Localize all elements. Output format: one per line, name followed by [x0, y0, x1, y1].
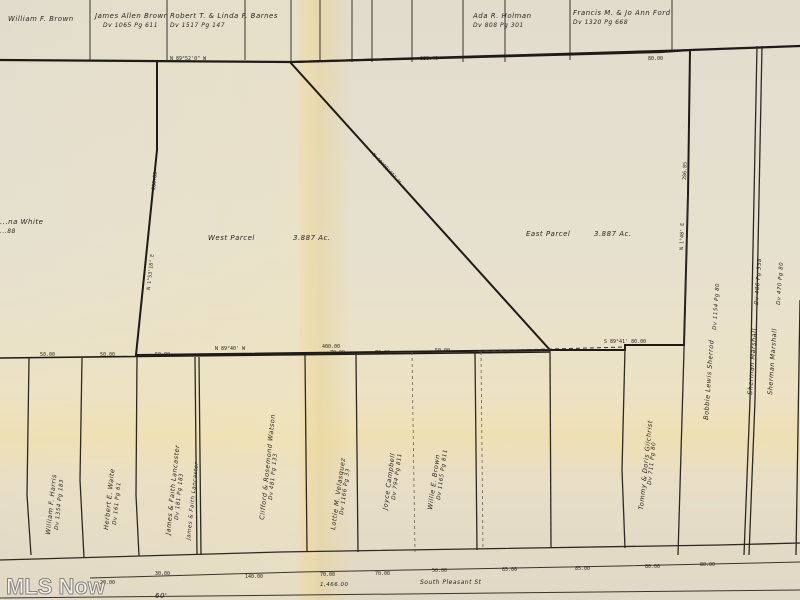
plat-labels: William F. Brown James Allen Brown Dv 10…: [0, 0, 800, 600]
deed-reference: Dv 486 Pg 358: [754, 258, 763, 305]
deed-reference: Dv 1517 Pg 147: [170, 22, 225, 29]
bearing-label: N 89°40' W: [215, 346, 246, 352]
owner-label: ...na White: [0, 218, 43, 226]
street-width: 60': [155, 592, 167, 600]
east-parcel-label: East Parcel: [526, 230, 570, 238]
lot-dimension: 50.00: [40, 352, 55, 358]
bearing-label: N 89°52'0" W: [170, 56, 207, 62]
street-name: South Pleasant St: [420, 579, 482, 586]
owner-label: Bobbie Lewis Sherrod: [702, 339, 716, 420]
frontage-dimension: 140.00: [245, 574, 263, 580]
deed-reference: Dv 1320 Pg 668: [573, 19, 628, 26]
west-parcel-label: West Parcel: [208, 234, 255, 242]
bearing-label: 286.85: [682, 162, 689, 180]
bearing-label: N 40°09'05" W: [371, 152, 403, 185]
owner-label: Sherman Marshall: [766, 328, 779, 395]
lot-dimension: 50.00: [435, 348, 450, 354]
lot-dimension: 80.00: [648, 56, 663, 62]
frontage-total: 1,466.00: [320, 582, 349, 588]
owner-label: Sherman Marshall: [746, 328, 759, 395]
deed-reference: Dv 1154 Pg 80: [712, 283, 721, 330]
survey-plat-document: William F. Brown James Allen Brown Dv 10…: [0, 0, 800, 600]
frontage-dimension: 85.00: [575, 566, 590, 572]
owner-label: James & Faith Lancaster: [186, 461, 200, 541]
frontage-dimension: 50.00: [432, 568, 447, 574]
deed-reference: Dv 470 Pg 80: [776, 262, 785, 305]
owner-label: Robert T. & Linda F. Barnes: [170, 12, 278, 20]
lot-dimension: 50.00: [155, 352, 170, 358]
owner-label: Ada R. Holman: [472, 12, 532, 20]
deed-reference: Dv 1065 Pg 611: [103, 22, 158, 29]
bearing-label: 338.40: [420, 56, 438, 62]
frontage-dimension: 80.00: [700, 562, 715, 568]
frontage-dimension: 30.00: [155, 571, 170, 577]
bearing-label: S 89°41' 80.00: [604, 339, 646, 345]
frontage-dimension: 70.00: [320, 572, 335, 578]
frontage-dimension: 80.00: [645, 564, 660, 570]
owner-label: James Allen Brown: [93, 12, 169, 20]
lot-dimension: 70.00: [375, 350, 390, 356]
frontage-dimension: 70.00: [375, 571, 390, 577]
east-parcel-area: 3.887 Ac.: [594, 230, 632, 238]
owner-label: William F. Brown: [8, 15, 74, 23]
deed-reference: ...88: [0, 228, 16, 235]
bearing-label: N 1°48' E: [679, 223, 686, 250]
lot-dimension: 50.00: [100, 352, 115, 358]
west-parcel-area: 3.887 Ac.: [293, 234, 331, 242]
bearing-label: 286.85: [151, 172, 159, 191]
deed-reference: Dv 808 Pg 301: [473, 22, 524, 29]
lot-dimension: 70.00: [330, 350, 345, 356]
owner-label: Francis M. & Jo Ann Ford: [573, 9, 671, 17]
frontage-dimension: 85.00: [502, 567, 517, 573]
mls-now-watermark: MLS Now: [6, 574, 105, 600]
bearing-label: N 1°53'18" E: [146, 254, 156, 291]
